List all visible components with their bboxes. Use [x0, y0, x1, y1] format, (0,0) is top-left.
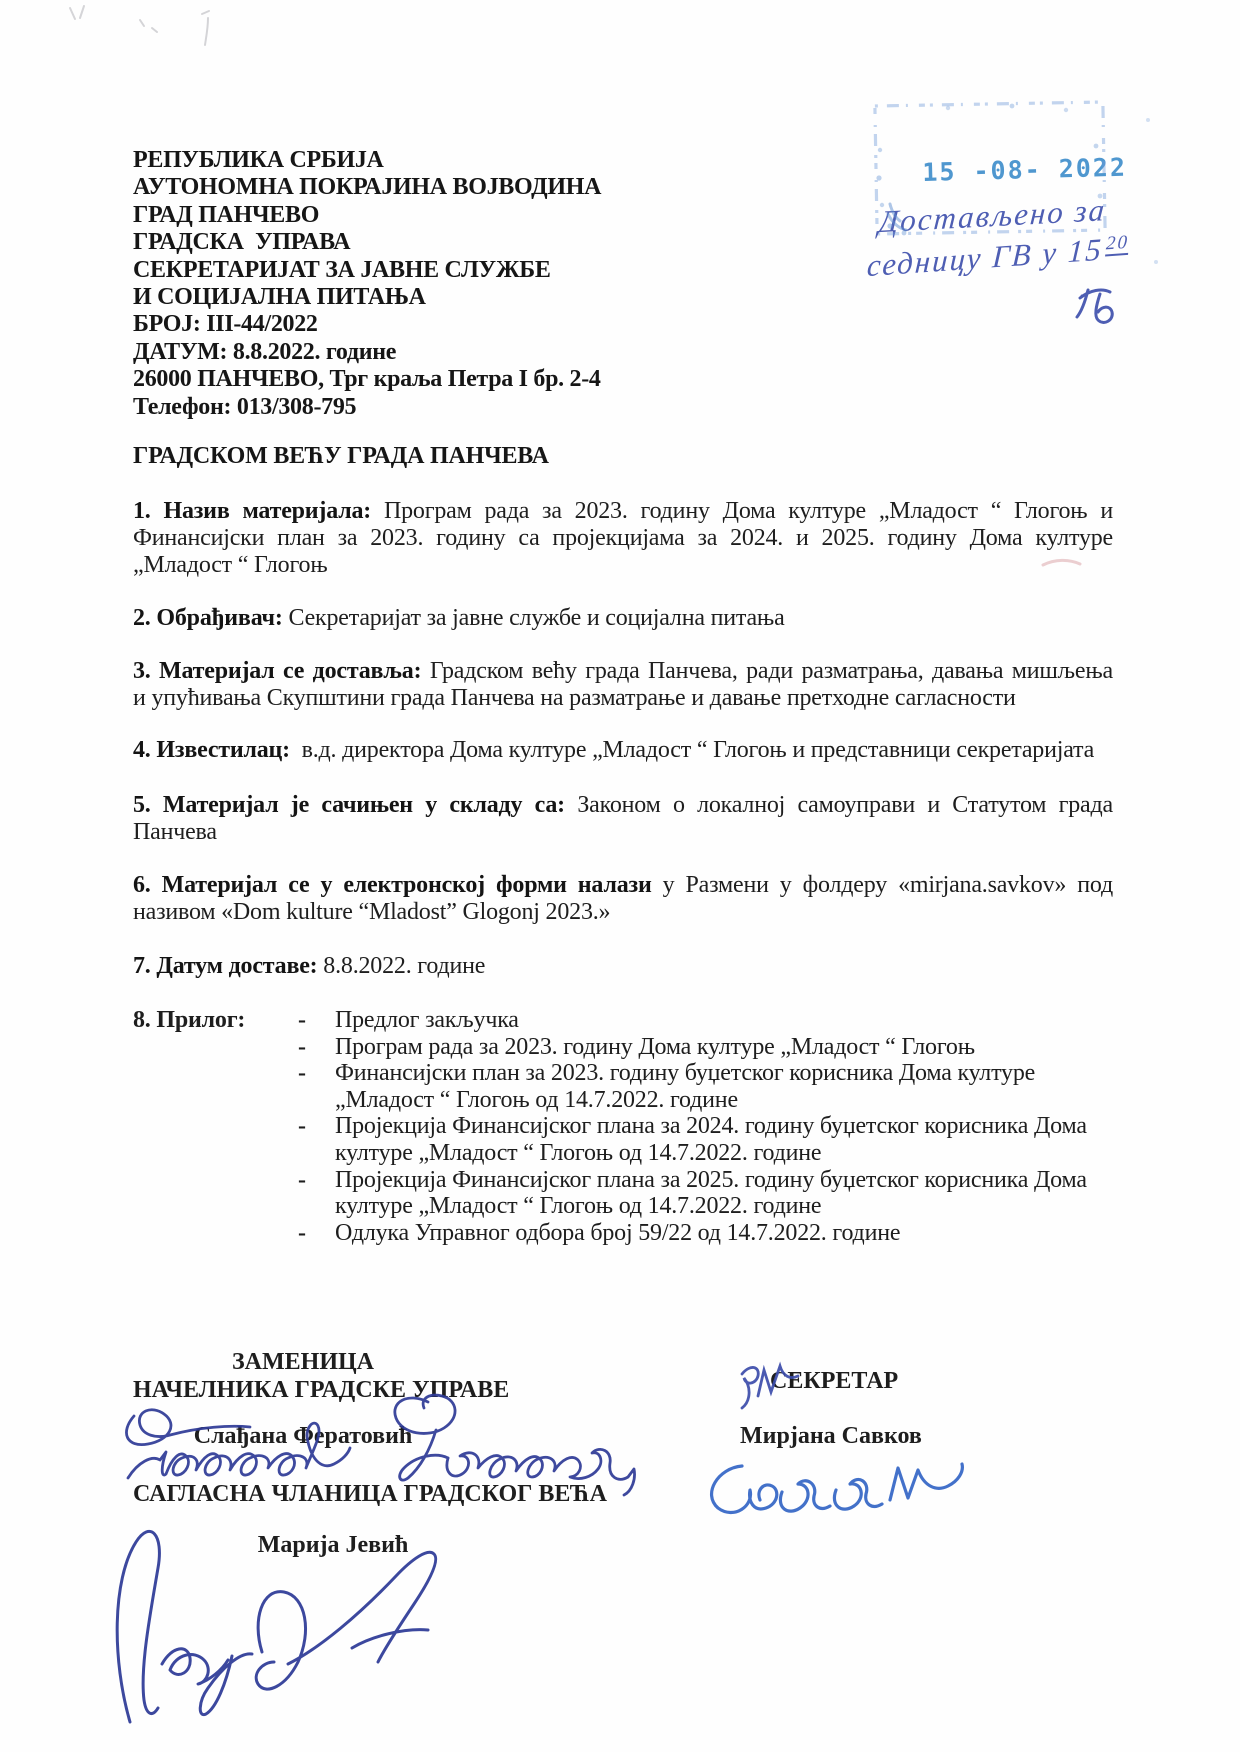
attachment-text: културе „Младост “ Глогоњ од 14.7.2022. …: [335, 1140, 1087, 1167]
attachment-row: - Програм рада за 2023. годину Дома култ…: [298, 1034, 1128, 1061]
letterhead-line: БРОЈ: III-44/2022: [133, 311, 601, 338]
date-stamp-text: 15 -08- 2022: [922, 153, 1127, 187]
item-1-text: „Младост “ Глогоњ: [133, 552, 1113, 579]
item-7-label: 7. Датум доставе:: [133, 953, 317, 979]
letterhead-line: 26000 ПАНЧЕВО, Трг краља Петра I бр. 2-4: [133, 366, 601, 393]
item-2-text: Секретаријат за јавне службе и социјална…: [288, 605, 784, 631]
item-6-label: 6. Материјал се у електронској форми нал…: [133, 872, 652, 898]
item-7-text: 8.8.2022. године: [323, 953, 485, 979]
signature-savkov: [712, 1464, 963, 1513]
attachment-text: „Младост “ Глогоњ од 14.7.2022. године: [335, 1087, 1035, 1114]
attachments-label: 8. Прилог:: [133, 1007, 245, 1034]
attachment-text: културе „Младост “ Глогоњ од 14.7.2022. …: [335, 1193, 1087, 1220]
list-dash: -: [298, 1113, 335, 1140]
item-3: 3. Материјал се доставља: Градском већу …: [133, 658, 1113, 712]
item-5-text: Панчева: [133, 819, 1113, 846]
item-1-text: Финансијски план за 2023. годину са прој…: [133, 525, 1113, 552]
item-5-text: Законом о локалној самоуправи и Статутом…: [577, 792, 1113, 818]
letterhead-line: ГРАД ПАНЧЕВО: [133, 202, 601, 229]
letterhead-line: Телефон: 013/308-795: [133, 394, 601, 421]
addressee-title: ГРАДСКОМ ВЕЋУ ГРАДА ПАНЧЕВА: [133, 443, 549, 470]
attachment-text: Пројекција Финансијског плана за 2025. г…: [335, 1167, 1087, 1194]
item-6-text: у Размени у фолдеру «mirjana.savkov» под: [663, 872, 1113, 898]
initials-mark: [1077, 290, 1112, 322]
left-signer-role: ЗАМЕНИЦА НАЧЕЛНИКА ГРАДСКЕ УПРАВЕ: [133, 1349, 473, 1404]
item-1-label: 1. Назив материјала:: [133, 498, 371, 524]
left-signer-role-line2: НАЧЕЛНИКА ГРАДСКЕ УПРАВЕ: [133, 1377, 473, 1405]
handwritten-note-superscript: 20: [1105, 232, 1129, 257]
right-signer-role: СЕКРЕТАР: [770, 1368, 898, 1395]
document-page: РЕПУБЛИКА СРБИЈА АУТОНОМНА ПОКРАЈИНА ВОЈ…: [0, 0, 1240, 1752]
item-3-text: Градском већу града Панчева, ради размат…: [430, 658, 1113, 684]
attachment-row: - Пројекција Финансијског плана за 2025.…: [298, 1167, 1128, 1220]
list-dash: -: [298, 1220, 335, 1247]
attachment-row: - Финансијски план за 2023. годину буџет…: [298, 1060, 1128, 1113]
item-6: 6. Материјал се у електронској форми нал…: [133, 872, 1113, 926]
attachment-text: Пројекција Финансијског плана за 2024. г…: [335, 1113, 1087, 1140]
item-2: 2. Обрађивач: Секретаријат за јавне служ…: [133, 605, 1113, 632]
attachments-list: - Предлог закључка - Програм рада за 202…: [298, 1007, 1128, 1246]
letterhead: РЕПУБЛИКА СРБИЈА АУТОНОМНА ПОКРАЈИНА ВОЈ…: [133, 147, 601, 421]
item-1-text: Програм рада за 2023. годину Дома култур…: [384, 498, 1113, 524]
list-dash: -: [298, 1060, 335, 1087]
agree-signer-name: Марија Јевић: [133, 1532, 533, 1559]
attachment-text: Програм рада за 2023. годину Дома култур…: [335, 1034, 975, 1061]
item-4: 4. Известилац: в.д. директора Дома култу…: [133, 737, 1113, 764]
item-7: 7. Датум доставе: 8.8.2022. године: [133, 953, 1113, 980]
letterhead-line: СЕКРЕТАРИЈАТ ЗА ЈАВНЕ СЛУЖБЕ: [133, 257, 601, 284]
signature-marija: [117, 1531, 436, 1722]
attachment-text: Предлог закључка: [335, 1007, 519, 1034]
item-5-label: 5. Материјал је сачињен у складу са:: [133, 792, 565, 818]
item-2-label: 2. Обрађивач:: [133, 605, 283, 631]
item-3-text: и упућивања Скупштини града Панчева на р…: [133, 685, 1113, 712]
list-dash: -: [298, 1167, 335, 1194]
scan-artifact-marks: [70, 6, 209, 45]
item-1: 1. Назив материјала: Програм рада за 202…: [133, 498, 1113, 579]
item-6-text: називом «Dom kulture “Mladost” Glogonj 2…: [133, 899, 1113, 926]
letterhead-line: ГРАДСКА УПРАВА: [133, 229, 601, 256]
letterhead-line: АУТОНОМНА ПОКРАЈИНА ВОЈВОДИНА: [133, 174, 601, 201]
letterhead-line: И СОЦИЈАЛНА ПИТАЊА: [133, 284, 601, 311]
item-5: 5. Материјал је сачињен у складу са: Зак…: [133, 792, 1113, 846]
list-dash: -: [298, 1007, 335, 1034]
attachment-text: Одлука Управног одбора број 59/22 од 14.…: [335, 1220, 900, 1247]
right-signer-name: Мирјана Савков: [740, 1423, 922, 1450]
list-dash: -: [298, 1034, 335, 1061]
attachment-row: - Одлука Управног одбора број 59/22 од 1…: [298, 1220, 1128, 1247]
letterhead-line: РЕПУБЛИКА СРБИЈА: [133, 147, 601, 174]
handwritten-note-line2-text: седницу ГВ у 15: [866, 232, 1104, 284]
letterhead-line: ДАТУМ: 8.8.2022. године: [133, 339, 601, 366]
item-4-label: 4. Известилац:: [133, 737, 290, 763]
agree-signer-role: САГЛАСНА ЧЛАНИЦА ГРАДСКОГ ВЕЋА: [133, 1481, 607, 1508]
item-4-text: в.д. директора Дома културе „Младост “ Г…: [302, 737, 1095, 763]
left-signer-role-line1: ЗАМЕНИЦА: [133, 1349, 473, 1377]
attachment-text: Финансијски план за 2023. годину буџетск…: [335, 1060, 1035, 1087]
left-signer-name: Слађана Фератовић: [133, 1423, 473, 1450]
item-3-label: 3. Материјал се доставља:: [133, 658, 421, 684]
attachment-row: - Пројекција Финансијског плана за 2024.…: [298, 1113, 1128, 1166]
attachment-row: - Предлог закључка: [298, 1007, 1128, 1034]
